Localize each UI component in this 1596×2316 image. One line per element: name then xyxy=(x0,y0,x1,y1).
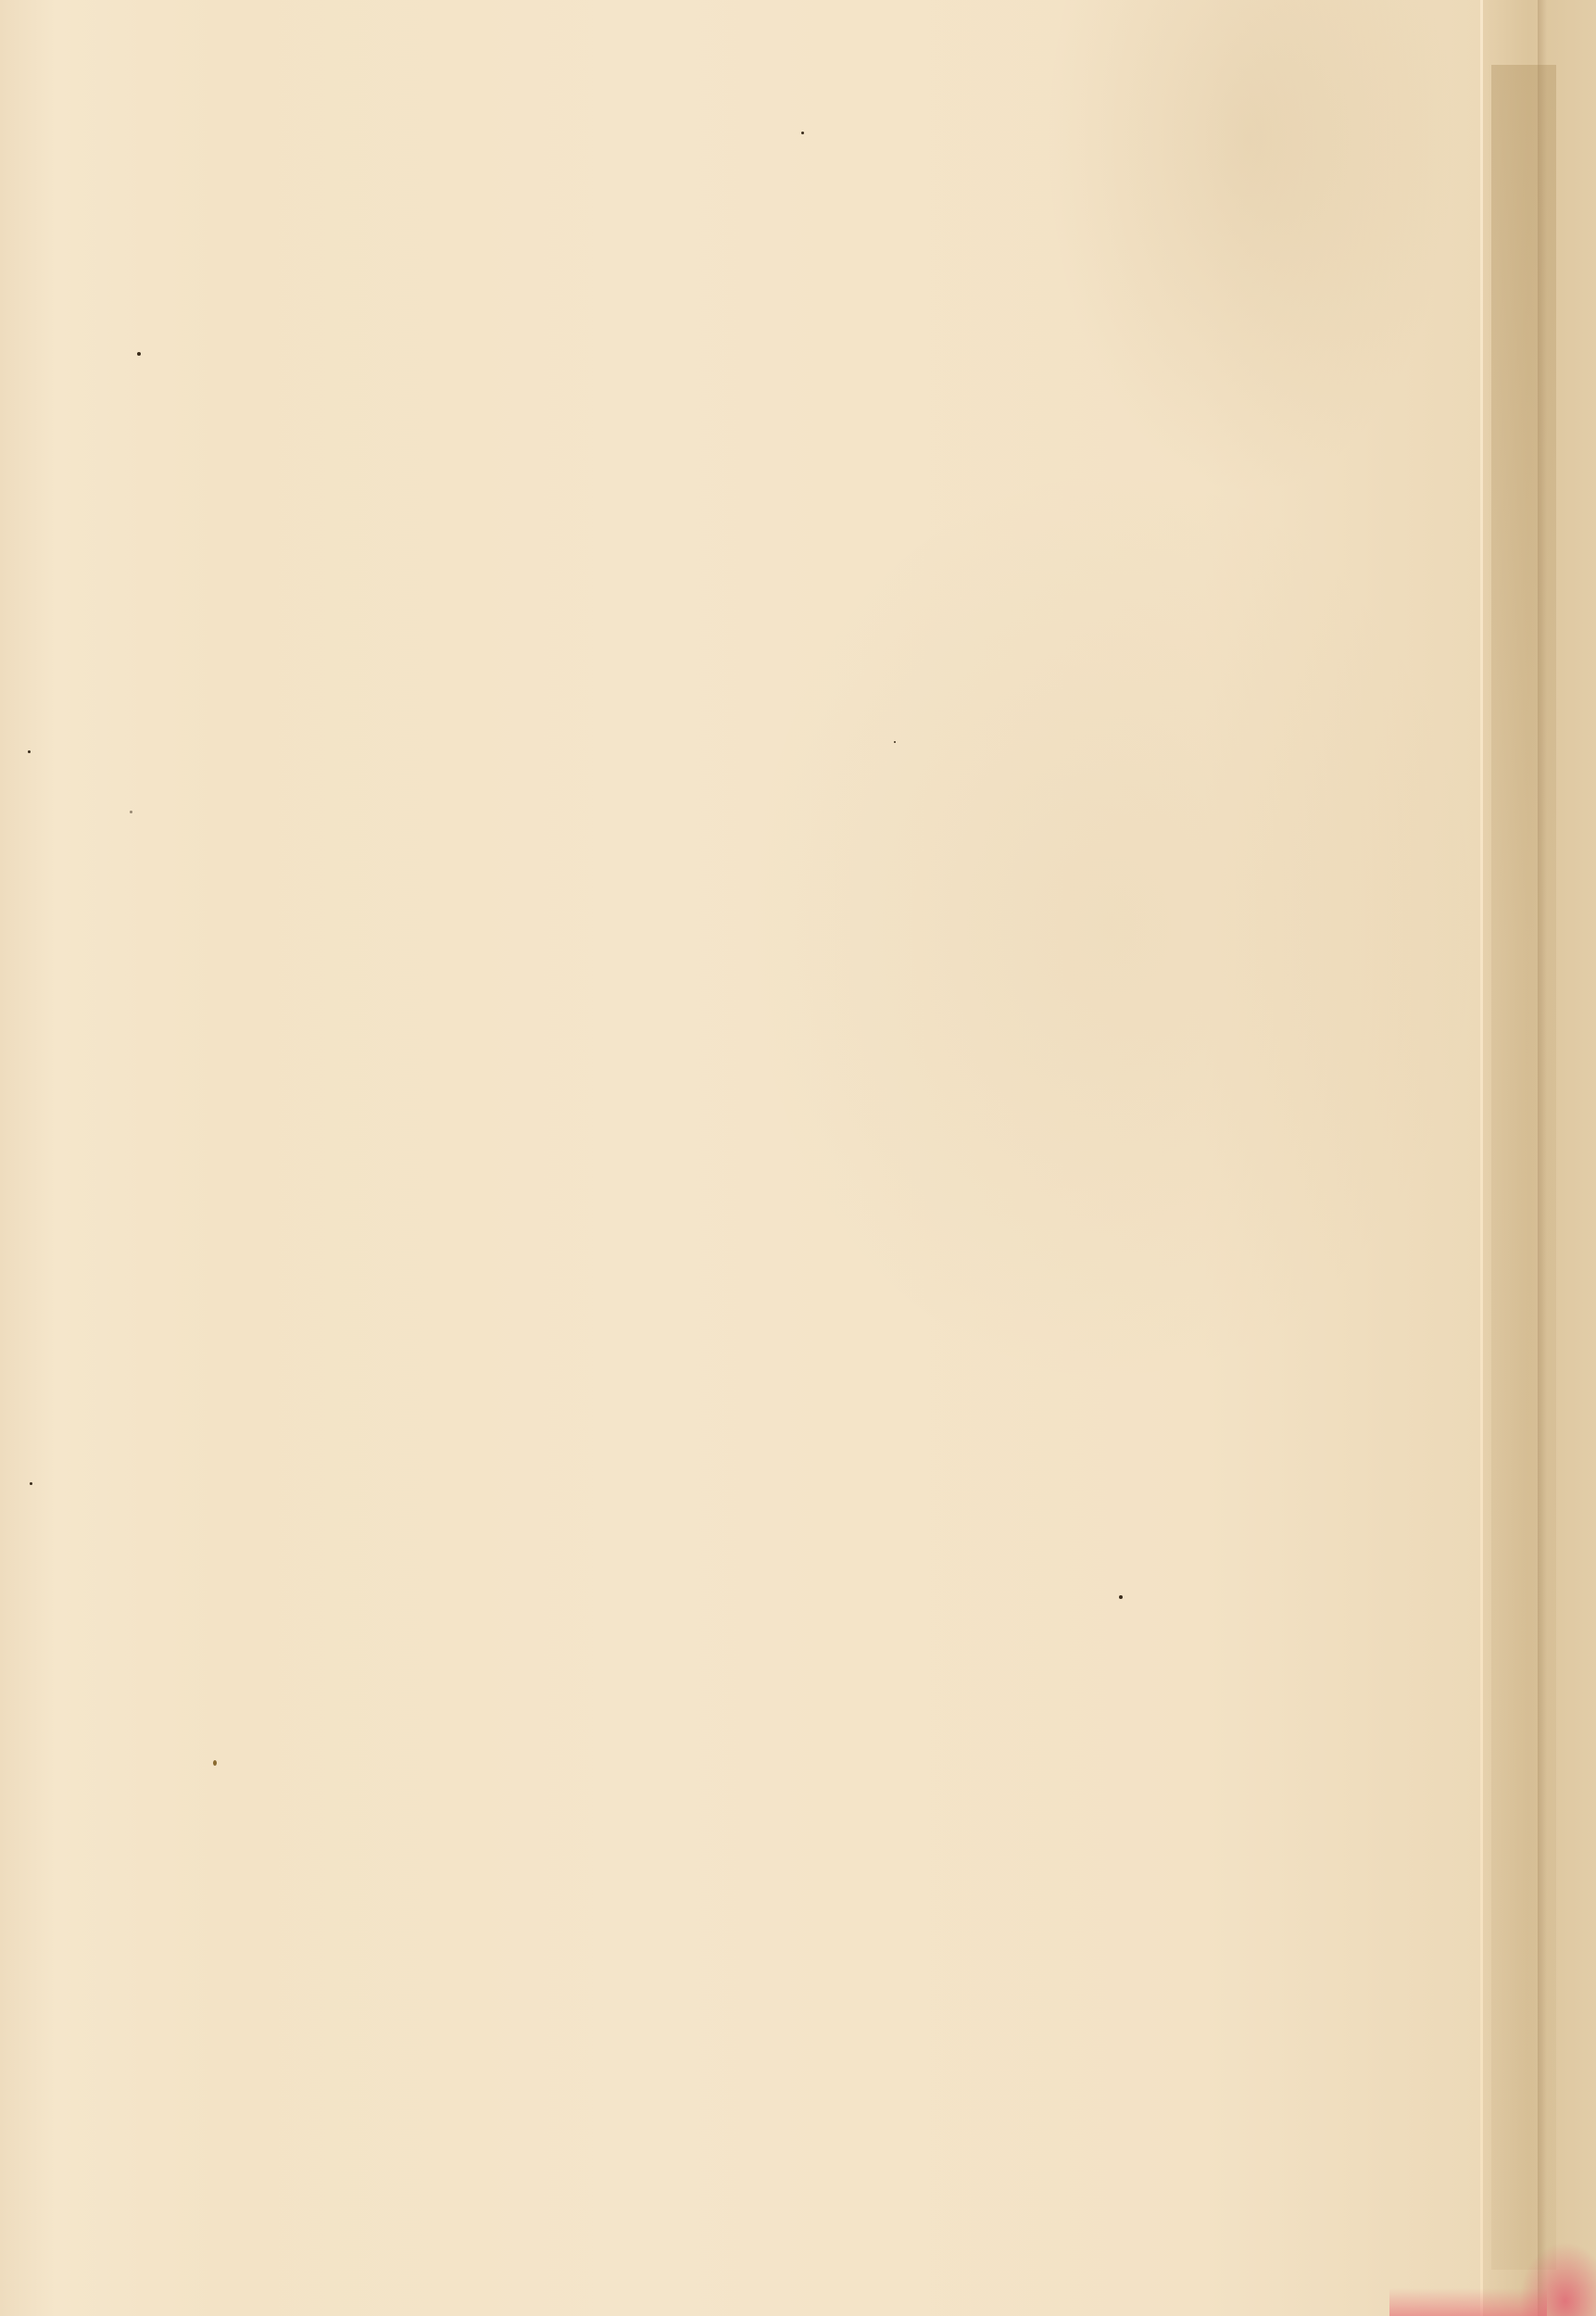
blank-paper-page xyxy=(0,0,1538,2316)
paper-speck xyxy=(894,741,896,743)
paper-speck xyxy=(137,352,141,356)
page-edge-line xyxy=(1480,0,1483,2316)
pink-stain-corner xyxy=(1519,2242,1596,2316)
paper-speck xyxy=(1119,1595,1123,1599)
paper-speck xyxy=(30,1482,32,1485)
paper-speck xyxy=(28,750,31,753)
paper-speck xyxy=(801,132,804,134)
paper-speck xyxy=(130,811,132,813)
paper-speck xyxy=(213,1760,217,1766)
page-edge-shadow xyxy=(1538,0,1547,2316)
